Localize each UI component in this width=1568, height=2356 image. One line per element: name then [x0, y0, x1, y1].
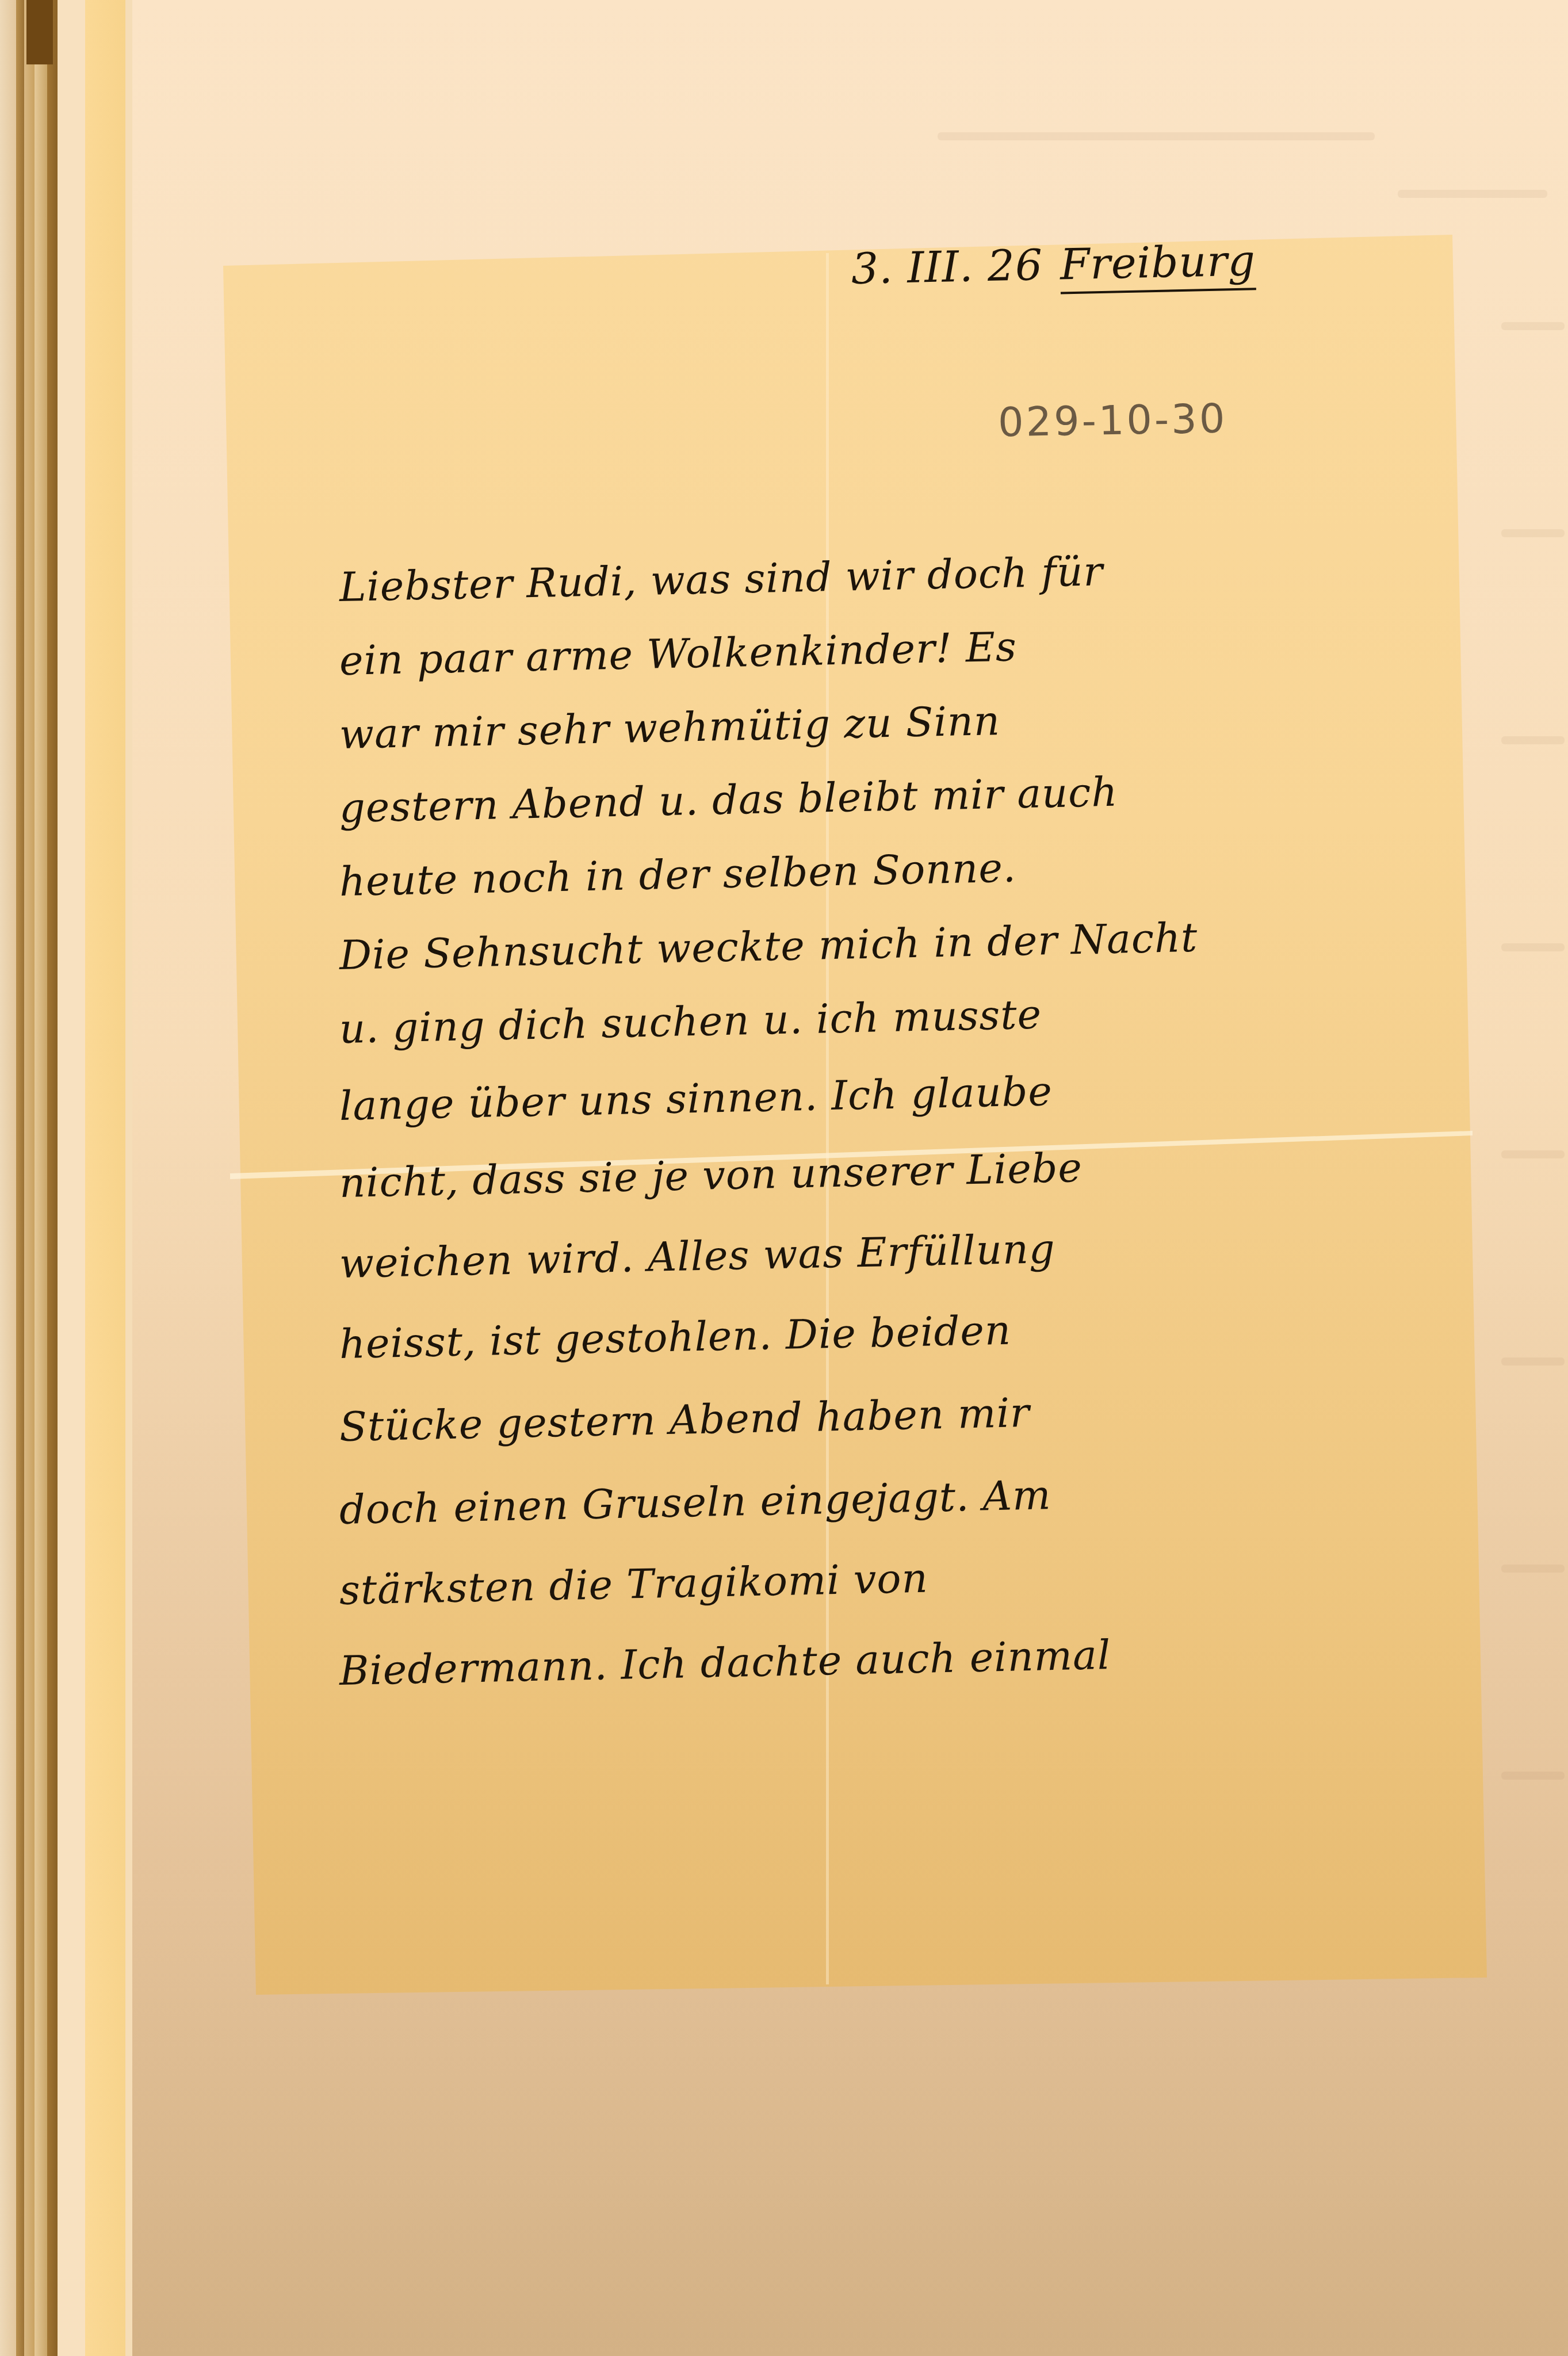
show-through-text — [1501, 943, 1565, 951]
page-edge — [47, 0, 58, 2356]
page-edge — [24, 0, 35, 2356]
page-edge — [85, 0, 125, 2356]
show-through-text — [1398, 190, 1547, 198]
show-through-text — [1501, 529, 1565, 537]
show-through-text — [1501, 736, 1565, 744]
page-edge — [58, 0, 85, 2356]
show-through-text — [938, 132, 1375, 140]
show-through-text — [1501, 1150, 1565, 1158]
page-edge — [125, 0, 132, 2356]
show-through-text — [1501, 1357, 1565, 1366]
letter-dateline: 3. III. 26Freiburg — [851, 236, 1256, 294]
page-stack-edges — [0, 0, 132, 2356]
show-through-text — [1501, 322, 1565, 330]
show-through-text — [1501, 1772, 1565, 1780]
page-edge — [16, 0, 24, 2356]
letter-place: Freiburg — [1060, 236, 1256, 289]
show-through-text — [1501, 1565, 1565, 1573]
archive-number: 029-10-30 — [997, 395, 1227, 446]
page-edge — [0, 0, 16, 2356]
letter-date: 3. III. 26 — [851, 240, 1043, 294]
binder-clip — [26, 0, 53, 64]
page-edge — [35, 0, 47, 2356]
